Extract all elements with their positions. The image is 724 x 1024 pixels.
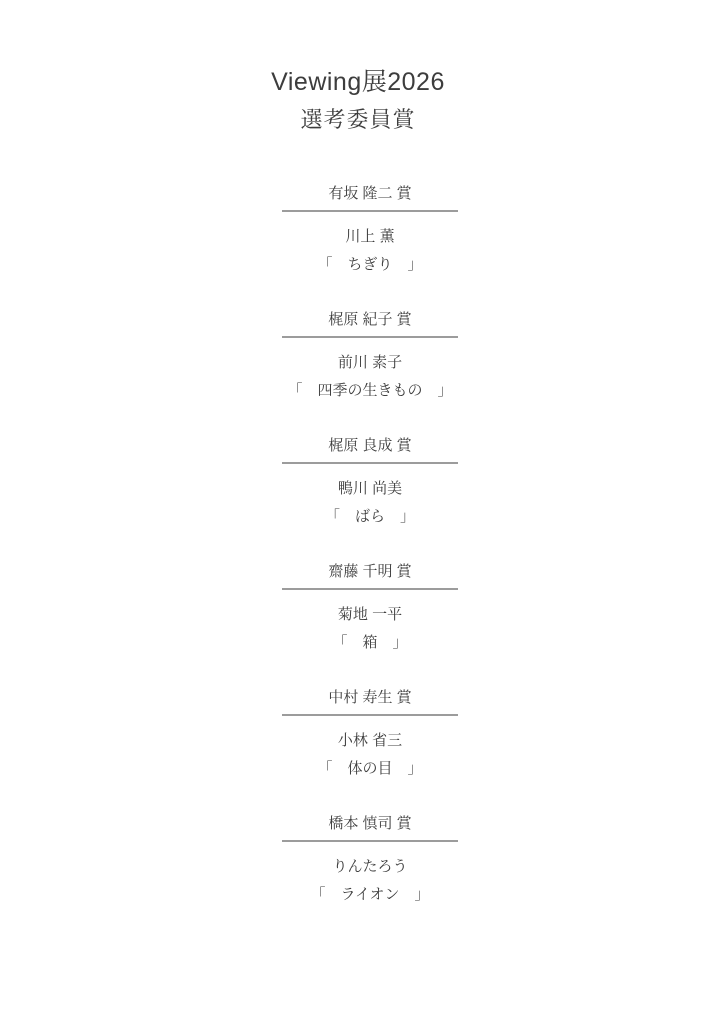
work-title: 「 四季の生きもの 」 xyxy=(0,383,724,400)
recipient-name: 鴨川 尚美 xyxy=(0,481,724,498)
recipient-name: 菊地 一平 xyxy=(0,607,724,624)
award-announcement-page: { "page": { "title_line1": "Viewing展2026… xyxy=(0,0,724,1024)
divider-line xyxy=(282,462,458,464)
award-section: 橋本 慎司 賞 りんたろう 「 ライオン 」 xyxy=(0,816,724,942)
work-title: 「 ちぎり 」 xyxy=(0,257,724,274)
recipient-name: 川上 薫 xyxy=(0,229,724,246)
award-section: 中村 寿生 賞 小林 省三 「 体の目 」 xyxy=(0,690,724,816)
divider-line xyxy=(282,336,458,338)
work-title: 「 ライオン 」 xyxy=(0,887,724,904)
award-name: 中村 寿生 賞 xyxy=(0,690,724,707)
divider-line xyxy=(282,210,458,212)
award-section: 梶原 良成 賞 鴨川 尚美 「 ばら 」 xyxy=(0,438,724,564)
award-section: 齋藤 千明 賞 菊地 一平 「 箱 」 xyxy=(0,564,724,690)
award-name: 梶原 紀子 賞 xyxy=(0,312,724,329)
divider-line xyxy=(282,588,458,590)
page-title: Viewing展2026 xyxy=(0,70,716,95)
work-title: 「 体の目 」 xyxy=(0,761,724,778)
work-title: 「 箱 」 xyxy=(0,635,724,652)
page-subtitle: 選考委員賞 xyxy=(0,109,716,131)
work-title: 「 ばら 」 xyxy=(0,509,724,526)
divider-line xyxy=(282,714,458,716)
award-name: 梶原 良成 賞 xyxy=(0,438,724,455)
award-name: 橋本 慎司 賞 xyxy=(0,816,724,833)
award-name: 有坂 隆二 賞 xyxy=(0,186,724,203)
award-section: 有坂 隆二 賞 川上 薫 「 ちぎり 」 xyxy=(0,186,724,312)
recipient-name: 前川 素子 xyxy=(0,355,724,372)
award-section: 梶原 紀子 賞 前川 素子 「 四季の生きもの 」 xyxy=(0,312,724,438)
recipient-name: 小林 省三 xyxy=(0,733,724,750)
divider-line xyxy=(282,840,458,842)
award-list: 有坂 隆二 賞 川上 薫 「 ちぎり 」 梶原 紀子 賞 前川 素子 「 四季の… xyxy=(0,186,724,942)
recipient-name: りんたろう xyxy=(0,859,724,876)
award-name: 齋藤 千明 賞 xyxy=(0,564,724,581)
